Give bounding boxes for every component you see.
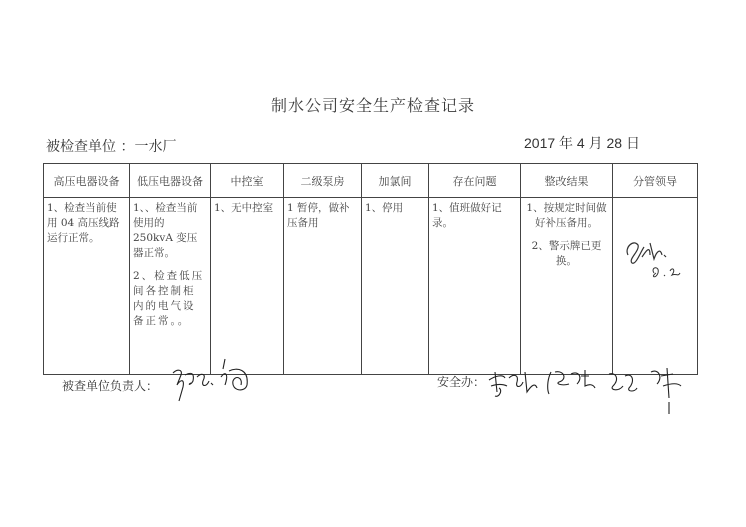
cell-paragraph: 2、警示牌已更换。	[524, 239, 609, 269]
header-low-voltage: 低压电器设备	[130, 164, 211, 198]
record-date: 2017 年 4 月 28 日	[524, 133, 640, 153]
safety-office: 安全办：	[437, 373, 485, 390]
inspected-unit: 被检查单位 ：一水厂	[46, 136, 176, 156]
leader-signature	[620, 233, 690, 283]
document-title: 制水公司安全生产检查记录	[0, 93, 746, 116]
cell-paragraph: 1、停用	[365, 201, 425, 216]
safety-office-label: 安全办：	[437, 375, 485, 389]
cell-low-voltage: 1、、检查当前使用的 250kvA 变压器正常。 2、检查低压间各控制柜内的电气…	[130, 198, 211, 375]
header-secondary-pump: 二级泵房	[284, 164, 362, 198]
responsible-person: 被查单位负责人：	[62, 377, 158, 394]
cell-leader	[613, 198, 698, 375]
table-row: 1、检查当前使用 04 高压线路运行正常。 1、、检查当前使用的 250kvA …	[44, 198, 698, 375]
cell-chlorination: 1、停用	[362, 198, 429, 375]
header-rectification: 整改结果	[521, 164, 613, 198]
cell-issues: 1、值班做好记录。	[429, 198, 521, 375]
header-control-room: 中控室	[211, 164, 284, 198]
cell-paragraph: 1、检查当前使用 04 高压线路运行正常。	[47, 201, 126, 246]
header-issues: 存在问题	[429, 164, 521, 198]
cell-paragraph: 1、值班做好记录。	[432, 201, 517, 231]
table-header-row: 高压电器设备 低压电器设备 中控室 二级泵房 加氯间 存在问题 整改结果 分管领…	[44, 164, 698, 198]
header-leader: 分管领导	[613, 164, 698, 198]
inspected-unit-label: 被检查单位 ：	[46, 139, 134, 155]
responsible-signature	[167, 355, 262, 410]
responsible-label: 被查单位负责人：	[62, 379, 158, 393]
cell-control-room: 1、无中控室	[211, 198, 284, 375]
inspection-table: 高压电器设备 低压电器设备 中控室 二级泵房 加氯间 存在问题 整改结果 分管领…	[43, 163, 698, 375]
cell-paragraph: 1 暂停，做补压备用	[287, 201, 358, 231]
cell-paragraph: 1、无中控室	[214, 201, 280, 216]
cell-paragraph: 1、、检查当前使用的 250kvA 变压器正常。	[133, 201, 207, 261]
safety-office-signatures	[485, 358, 695, 418]
cell-secondary-pump: 1 暂停，做补压备用	[284, 198, 362, 375]
cell-rectification: 1、按规定时间做好补压备用。 2、警示牌已更换。	[521, 198, 613, 375]
header-chlorination: 加氯间	[362, 164, 429, 198]
inspected-unit-value: 一水厂	[134, 139, 176, 155]
header-high-voltage: 高压电器设备	[44, 164, 130, 198]
cell-paragraph: 1、按规定时间做好补压备用。	[524, 201, 609, 231]
cell-paragraph: 2、检查低压间各控制柜内的电气设备正常。。	[133, 269, 207, 329]
cell-high-voltage: 1、检查当前使用 04 高压线路运行正常。	[44, 198, 130, 375]
